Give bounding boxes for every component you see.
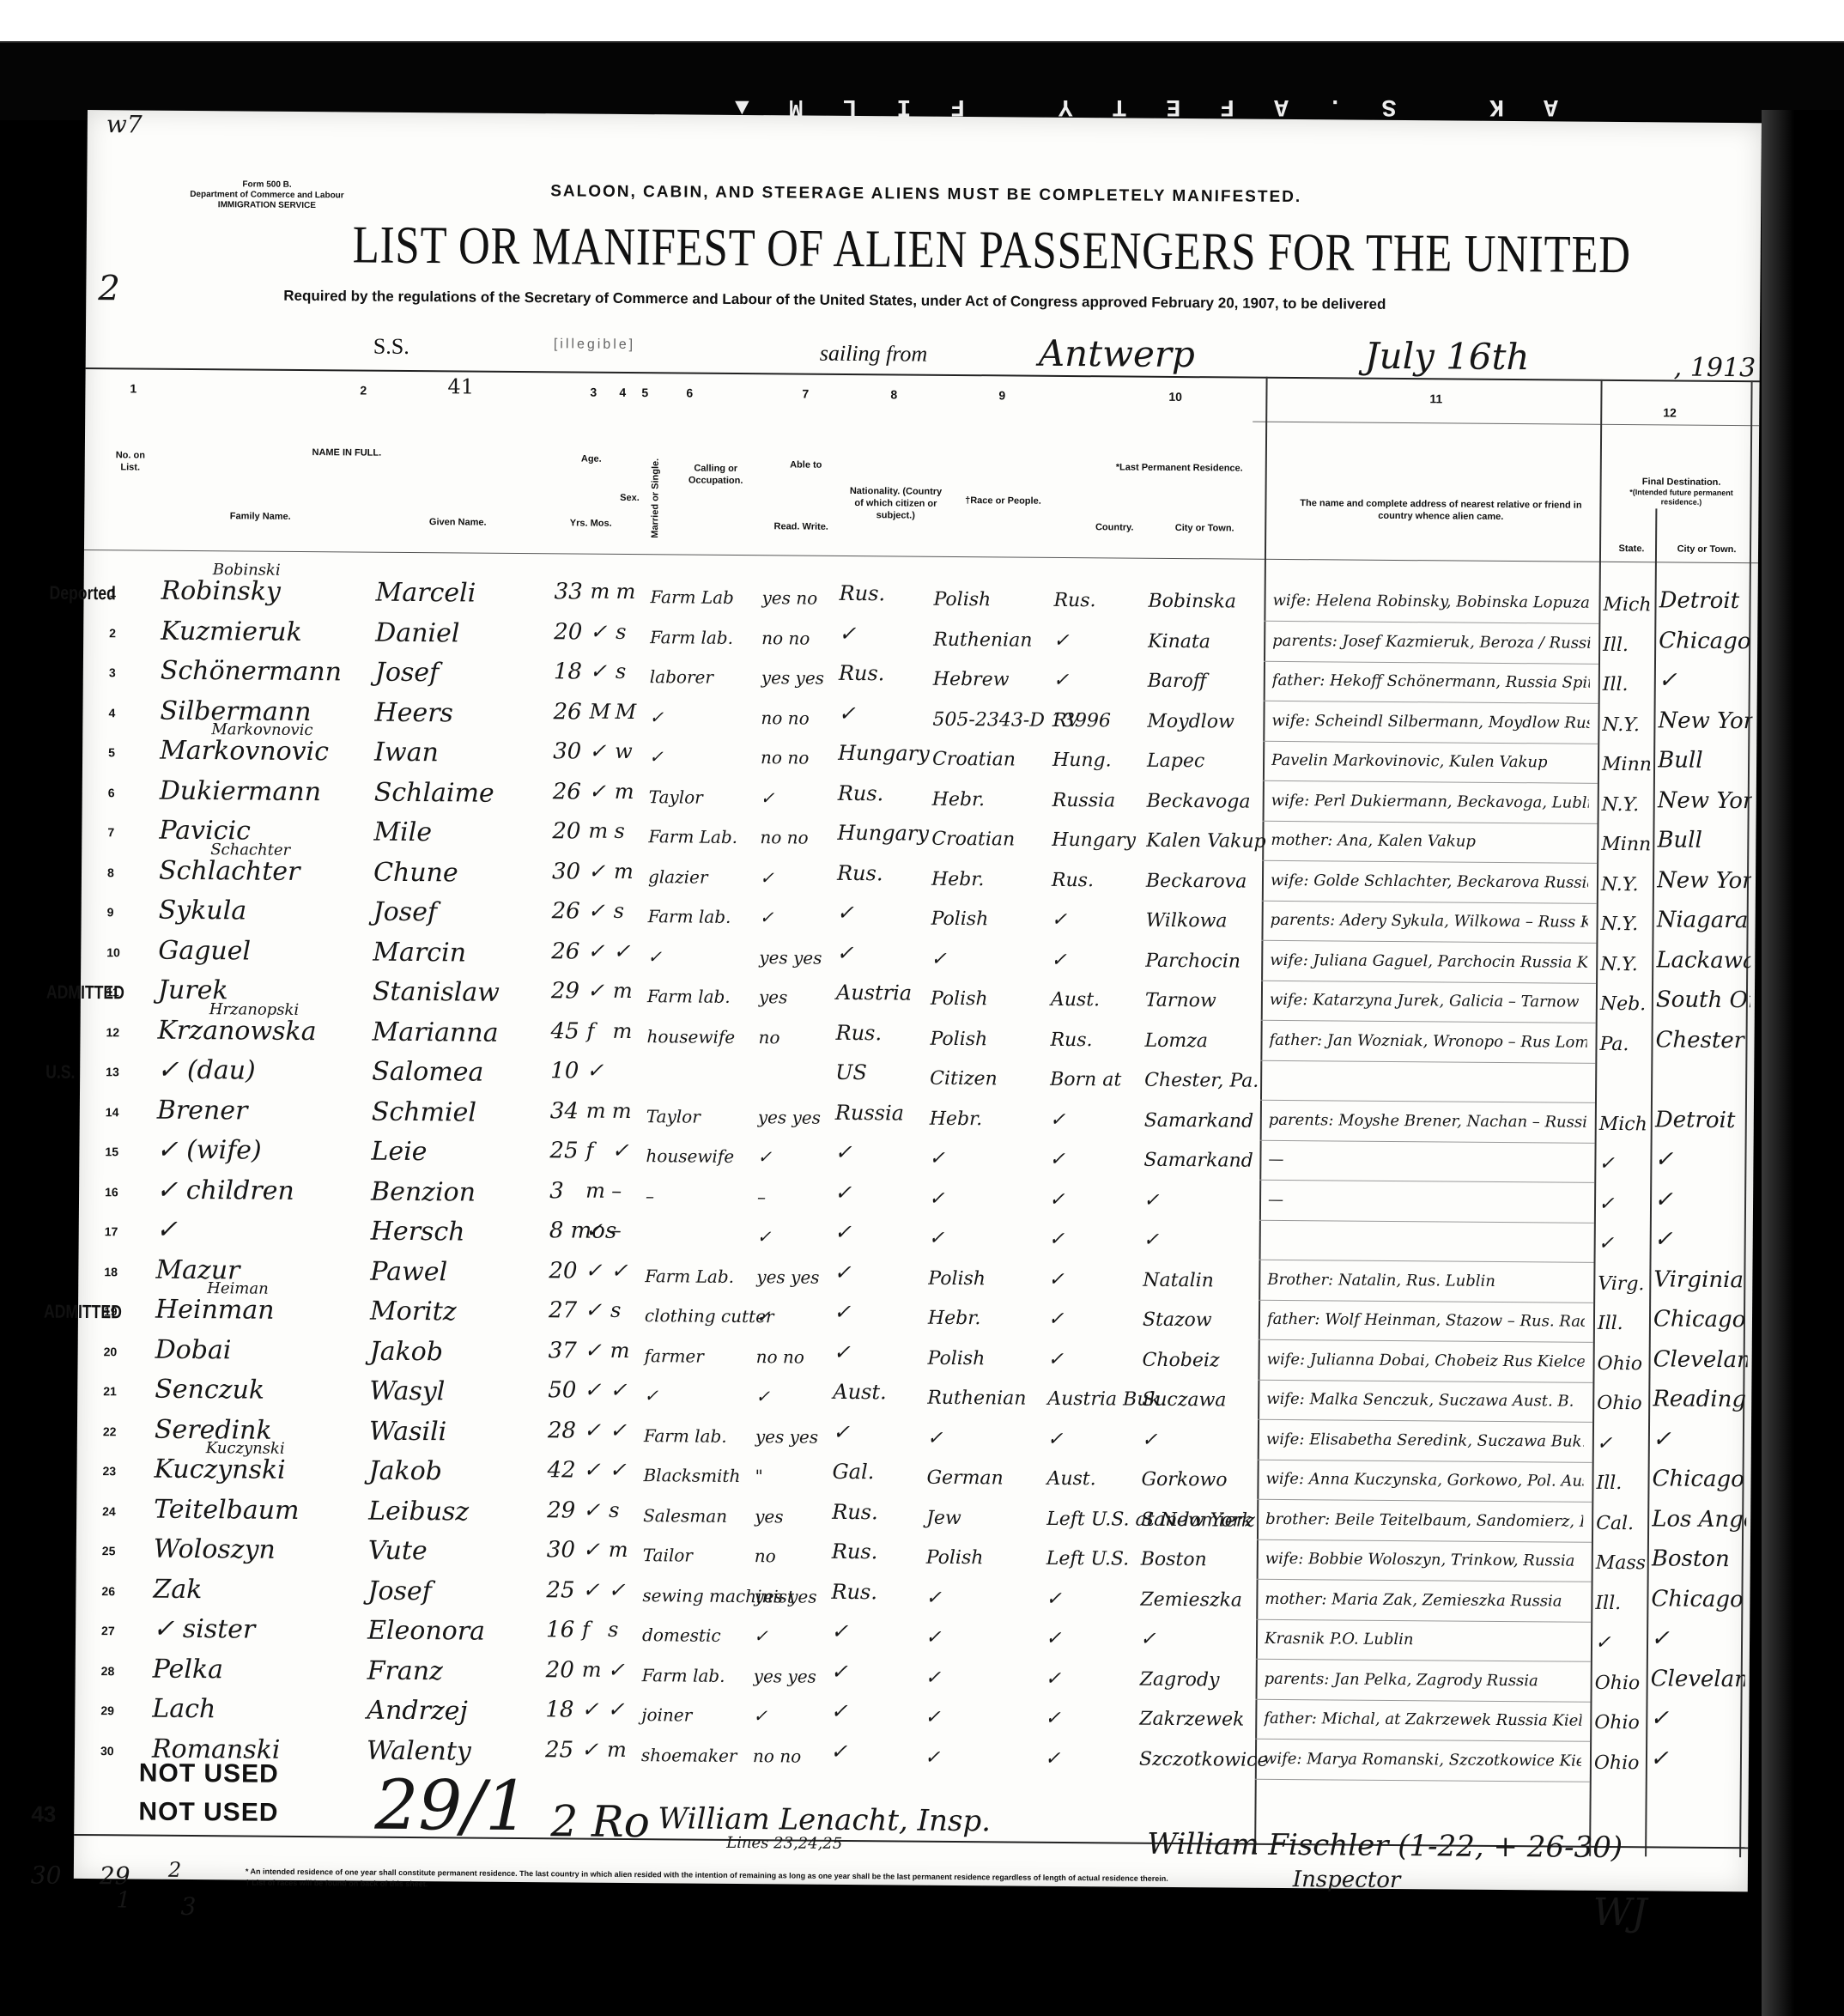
row-number: 30 bbox=[100, 1744, 114, 1758]
header-race: †Race or People. bbox=[951, 495, 1054, 507]
cell-state: Ohio bbox=[1597, 1352, 1642, 1374]
status-stamp: Deported bbox=[49, 582, 115, 605]
cell-sex: ✓ bbox=[581, 1737, 598, 1761]
cell-ms: m bbox=[612, 1018, 632, 1042]
cell-relative: brother: Beile Teitelbaum, Sandomierz, R… bbox=[1265, 1509, 1583, 1530]
cell-sex: ✓ bbox=[583, 1538, 600, 1562]
cell-rw: ✓ bbox=[753, 1705, 767, 1726]
cell-family: ✓ bbox=[156, 1215, 178, 1245]
cell-nat: Gal. bbox=[832, 1460, 874, 1484]
cell-age: 45 bbox=[550, 1018, 579, 1044]
cell-given: Benzion bbox=[371, 1176, 476, 1207]
ro-annotation: 2 Ro bbox=[550, 1796, 650, 1847]
cell-city: Baroff bbox=[1148, 671, 1207, 693]
cell-age: 10 bbox=[550, 1058, 579, 1084]
cell-state: Mich bbox=[1599, 1113, 1647, 1134]
cell-ms: ✓ bbox=[608, 1577, 625, 1601]
col-num-10: 10 bbox=[1168, 390, 1182, 404]
cell-ms: s bbox=[608, 1618, 619, 1642]
cell-given: Josef bbox=[367, 1576, 432, 1606]
cell-rw: no no bbox=[761, 628, 810, 648]
cell-family: Schlachter bbox=[159, 855, 300, 886]
cell-rw: yes yes bbox=[756, 1266, 819, 1288]
cell-rw: no no bbox=[761, 747, 809, 768]
cell-relative: wife: Golde Schlachter, Beckarova Russia bbox=[1271, 871, 1588, 891]
sheet-number: 43 bbox=[31, 1801, 56, 1828]
row-number: 25 bbox=[102, 1544, 116, 1558]
header-dest-city: City or Town. bbox=[1664, 543, 1750, 556]
cell-age: 25 bbox=[546, 1577, 574, 1603]
cell-ms: ✓ bbox=[607, 1697, 624, 1721]
cell-city: Tarnow bbox=[1145, 990, 1216, 1012]
cell-given: Marcin bbox=[373, 937, 466, 968]
cell-occ: Farm Lab bbox=[650, 586, 734, 608]
cell-country: Aust. bbox=[1051, 989, 1100, 1011]
side-annotation: 2 bbox=[98, 269, 120, 308]
cell-state: ✓ bbox=[1598, 1233, 1615, 1254]
cell-rw: yes no bbox=[761, 587, 817, 609]
microfilm-edge: AK S.AFETY FILM▲ bbox=[0, 43, 1844, 120]
page-title: LIST OR MANIFEST OF ALIEN PASSENGERS FOR… bbox=[352, 215, 1631, 286]
cell-age: 30 bbox=[552, 859, 580, 884]
cell-race: Polish bbox=[931, 908, 989, 931]
cell-occ: Farm lab. bbox=[647, 986, 731, 1007]
cell-city: Natalin bbox=[1143, 1269, 1214, 1291]
cell-state: Ohio bbox=[1597, 1393, 1642, 1414]
cell-city: Bobinska bbox=[1148, 591, 1236, 613]
cell-ms: m bbox=[609, 1538, 628, 1562]
cell-ms: s bbox=[616, 659, 627, 683]
cell-dest: Chicago bbox=[1659, 628, 1751, 654]
cell-city: Samarkand bbox=[1143, 1150, 1253, 1172]
row-rule bbox=[1255, 1778, 1590, 1782]
cell-state: ✓ bbox=[1595, 1632, 1611, 1654]
cell-country: Hung. bbox=[1052, 750, 1112, 772]
cell-occ: laborer bbox=[650, 666, 713, 688]
cell-occ: farmer bbox=[645, 1345, 704, 1367]
row-number: 15 bbox=[105, 1145, 118, 1158]
header-married-single: Married or Single. bbox=[649, 451, 662, 545]
cell-rw: " bbox=[755, 1466, 762, 1486]
cell-dest: New York bbox=[1658, 707, 1752, 734]
row-number: 27 bbox=[101, 1624, 115, 1637]
cell-country: ✓ bbox=[1049, 1229, 1065, 1250]
cell-city: ✓ bbox=[1142, 1429, 1158, 1450]
cell-city: Zemieszka bbox=[1140, 1588, 1242, 1611]
cell-given: Chune bbox=[373, 857, 458, 888]
cell-dest: New York bbox=[1658, 787, 1752, 814]
cell-rw: – bbox=[757, 1187, 766, 1207]
cell-city: Beckavoga bbox=[1147, 790, 1251, 812]
row-number: 3 bbox=[109, 665, 116, 679]
cell-sex: ✓ bbox=[587, 979, 604, 1003]
cell-occ: glazier bbox=[648, 866, 708, 888]
cell-nat: Rus. bbox=[832, 1539, 878, 1564]
row-number: 17 bbox=[105, 1224, 118, 1238]
cell-rw: yes yes bbox=[761, 667, 824, 689]
cell-sex: ✓ bbox=[587, 938, 604, 962]
cell-city: ✓ bbox=[1140, 1629, 1156, 1650]
cell-city: Chester, Pa. bbox=[1144, 1070, 1259, 1092]
cell-nat: ✓ bbox=[838, 701, 855, 725]
cell-ms: ✓ bbox=[609, 1458, 626, 1482]
cell-country: Rus. bbox=[1052, 869, 1094, 890]
cell-dest: Detroit bbox=[1655, 1107, 1736, 1133]
cell-dest: Bull bbox=[1657, 827, 1702, 853]
cell-relative: wife: Helena Robinsky, Bobinska Lopuza bbox=[1272, 592, 1590, 612]
cell-age: 42 bbox=[547, 1457, 575, 1483]
cell-race: Ruthenian bbox=[933, 628, 1032, 651]
row-number: 29 bbox=[100, 1703, 114, 1717]
header-nationality: Nationality. (Country of which citizen o… bbox=[844, 485, 947, 522]
cell-state: Ill. bbox=[1595, 1592, 1621, 1613]
cell-rw: ✓ bbox=[761, 787, 775, 808]
cell-dest: ✓ bbox=[1654, 1187, 1673, 1212]
cell-country: ✓ bbox=[1048, 1309, 1065, 1330]
cell-sex: m bbox=[586, 1098, 606, 1122]
cell-ms: s bbox=[614, 819, 625, 843]
cell-state: Pa. bbox=[1599, 1033, 1629, 1054]
sailing-label: sailing from bbox=[820, 341, 928, 367]
col-num-11: 11 bbox=[1429, 392, 1442, 405]
cell-given: Jakob bbox=[370, 1336, 444, 1367]
cell-relative: wife: Marya Romanski, Szczotkowice Kielc… bbox=[1264, 1749, 1581, 1770]
cell-nat: Rus. bbox=[832, 1499, 878, 1523]
cell-occ: Farm lab. bbox=[648, 906, 731, 927]
cell-sex: ✓ bbox=[581, 1697, 598, 1721]
cell-race: Polish bbox=[930, 1028, 987, 1050]
cell-rw: ✓ bbox=[760, 907, 774, 927]
row-number: 23 bbox=[102, 1464, 116, 1478]
cell-nat: Hungary bbox=[837, 821, 929, 846]
cell-nat: Austria bbox=[836, 981, 912, 1005]
cell-rw: no no bbox=[761, 707, 809, 728]
cell-ms: M bbox=[615, 699, 636, 723]
cell-sex: ✓ bbox=[585, 1258, 602, 1282]
cell-sex: ✓ bbox=[588, 899, 605, 923]
cell-given: Franz bbox=[367, 1655, 443, 1686]
cell-race: Hebr. bbox=[931, 868, 985, 890]
row-number: 13 bbox=[106, 1065, 119, 1078]
cell-relative: Pavelin Markovinovic, Kulen Vakup bbox=[1271, 751, 1548, 772]
cell-dest: Virginia bbox=[1653, 1266, 1744, 1293]
cell-rw: yes bbox=[759, 987, 788, 1007]
cell-race: Polish bbox=[928, 1347, 986, 1369]
cell-country: ✓ bbox=[1046, 1667, 1062, 1689]
cell-race: Polish bbox=[931, 988, 988, 1011]
cell-age: 50 bbox=[548, 1377, 576, 1403]
row-number: 18 bbox=[104, 1265, 118, 1278]
year-prefix: , 19 bbox=[1674, 353, 1724, 383]
cell-rw: ✓ bbox=[754, 1625, 768, 1646]
cell-state: Virg. bbox=[1598, 1272, 1644, 1294]
cell-family: Zak bbox=[153, 1574, 202, 1604]
cell-dest: Lackawanna bbox=[1656, 947, 1750, 974]
cell-dest: South Omaha bbox=[1656, 987, 1750, 1013]
col-num-8: 8 bbox=[890, 387, 897, 401]
cell-race: Hebr. bbox=[928, 1308, 981, 1329]
cell-relative: — bbox=[1268, 1151, 1283, 1169]
cell-relative: Krasnik P.O. Lublin bbox=[1265, 1630, 1414, 1649]
header-yrs-mos: Yrs. Mos. bbox=[561, 517, 621, 530]
departure-port: Antwerp bbox=[1039, 332, 1195, 375]
col-num-1: 1 bbox=[130, 381, 136, 395]
cell-age: 18 bbox=[554, 659, 582, 684]
cell-age: 20 bbox=[546, 1657, 574, 1683]
cell-dest: ✓ bbox=[1654, 1226, 1673, 1252]
row-number: 20 bbox=[104, 1345, 118, 1358]
header-calling: Calling or Occupation. bbox=[677, 462, 755, 487]
cell-sex: f bbox=[586, 1018, 594, 1042]
cell-sex: ✓ bbox=[590, 619, 607, 643]
cell-rw: no bbox=[755, 1545, 776, 1566]
initials: WJ bbox=[1592, 1891, 1647, 1934]
cell-country: Born at bbox=[1050, 1069, 1121, 1091]
cell-given: Marianna bbox=[372, 1017, 498, 1047]
cell-given: Leibusz bbox=[368, 1496, 469, 1527]
tally-other: 3 bbox=[180, 1892, 196, 1921]
cell-sex: ✓ bbox=[590, 659, 607, 683]
year-suffix: 13 bbox=[1723, 353, 1756, 383]
cell-state: ✓ bbox=[1597, 1432, 1613, 1454]
row-number: 2 bbox=[109, 626, 116, 640]
cell-family: Lach bbox=[152, 1694, 215, 1725]
cell-country: Rus. bbox=[1053, 590, 1095, 611]
cell-state: N.Y. bbox=[1601, 914, 1639, 935]
cell-country: Russia bbox=[1052, 789, 1116, 811]
cell-state: Ill. bbox=[1603, 634, 1629, 655]
cell-state: ✓ bbox=[1598, 1153, 1615, 1175]
row-number: 21 bbox=[103, 1384, 117, 1398]
cell-country: Rus. bbox=[1050, 1029, 1092, 1050]
cell-race: ✓ bbox=[925, 1667, 942, 1688]
cell-city: Moydlow bbox=[1147, 710, 1234, 732]
cell-age: 20 bbox=[552, 818, 580, 844]
cell-race: ✓ bbox=[929, 1187, 945, 1209]
cell-sex: ✓ bbox=[582, 1577, 599, 1601]
cell-relative: parents: Josef Kazmieruk, Beroza / Russi… bbox=[1272, 631, 1590, 652]
cell-country: ✓ bbox=[1053, 670, 1070, 691]
row-number: 28 bbox=[101, 1664, 115, 1678]
cell-race: Citizen bbox=[930, 1068, 998, 1090]
cell-age: 25 bbox=[549, 1138, 578, 1163]
header-family-name: Family Name. bbox=[209, 510, 312, 523]
cell-age: 20 bbox=[554, 619, 582, 645]
header-rule-bottom bbox=[84, 550, 1758, 563]
cell-ms: m bbox=[616, 580, 636, 604]
cell-city: Lapec bbox=[1147, 750, 1204, 773]
cell-occ: domestic bbox=[642, 1624, 721, 1646]
scan-right-shadow bbox=[1762, 110, 1844, 2016]
cell-age: 26 bbox=[551, 938, 579, 964]
cell-rw: no no bbox=[753, 1746, 801, 1766]
header-age: Age. bbox=[566, 452, 617, 465]
cell-relative: wife: Katarzyna Jurek, Galicia – Tarnow bbox=[1270, 991, 1580, 1011]
cell-age: 20 bbox=[549, 1258, 577, 1284]
cell-race: Jew bbox=[926, 1507, 961, 1528]
cell-country: RV bbox=[1052, 709, 1080, 731]
cell-sex: ✓ bbox=[585, 1338, 602, 1362]
row-number: 16 bbox=[105, 1185, 118, 1199]
inspector-left-lines: Lines 23,24,25 bbox=[726, 1834, 842, 1853]
col-num-3: 3 bbox=[590, 386, 597, 399]
cell-dest: Chicago bbox=[1651, 1586, 1744, 1612]
cell-ms: m bbox=[610, 1338, 630, 1362]
not-used-stamp: NOT USED bbox=[139, 1759, 279, 1789]
cell-state: Ill. bbox=[1603, 674, 1629, 695]
cell-occ: housewife bbox=[646, 1026, 735, 1047]
cell-age: 37 bbox=[549, 1338, 577, 1363]
cell-dest: ✓ bbox=[1659, 667, 1677, 693]
cell-dest: ✓ bbox=[1650, 1705, 1669, 1731]
cell-state: Ohio bbox=[1594, 1752, 1640, 1773]
cell-age: 30 bbox=[547, 1537, 575, 1563]
cell-occ: Taylor bbox=[646, 1106, 701, 1126]
service: IMMIGRATION SERVICE bbox=[190, 200, 344, 211]
cell-family: ✓ (dau) bbox=[157, 1055, 256, 1086]
cell-age: 30 bbox=[553, 738, 581, 764]
cell-city: Parchocin bbox=[1145, 950, 1240, 972]
cell-ms: ✓ bbox=[608, 1657, 625, 1681]
status-stamp: U.S. bbox=[45, 1061, 75, 1084]
cell-nat: ✓ bbox=[834, 1300, 851, 1324]
cell-sex: ✓ bbox=[589, 739, 606, 763]
cell-relative: father: Wolf Heinman, Stazow – Rus. Rado… bbox=[1267, 1310, 1585, 1331]
cell-relative: wife: Juliana Gaguel, Parchocin Russia K… bbox=[1270, 950, 1587, 971]
cell-relative: father: Jan Wozniak, Wronopo – Rus Lomza bbox=[1269, 1030, 1586, 1051]
cell-ms: m bbox=[607, 1737, 627, 1761]
departure-date: July 16th bbox=[1365, 335, 1530, 379]
status-stamp: ADMITTED bbox=[46, 981, 124, 1005]
cell-state: N.Y. bbox=[1601, 873, 1639, 895]
cell-age: 18 bbox=[545, 1697, 573, 1722]
cell-given: Wasyl bbox=[369, 1376, 445, 1407]
cell-country: ✓ bbox=[1046, 1628, 1062, 1649]
cell-country: Left U.S. bbox=[1046, 1548, 1130, 1570]
cell-occ: ✓ bbox=[649, 746, 664, 767]
cell-family: ✓ sister bbox=[153, 1614, 255, 1645]
cell-rw: yes yes bbox=[754, 1586, 816, 1607]
cell-dest: Detroit bbox=[1659, 587, 1739, 614]
cell-city: Chobeiz bbox=[1143, 1349, 1220, 1371]
cell-occ: Farm lab. bbox=[642, 1665, 725, 1686]
row-number: 6 bbox=[108, 786, 115, 799]
cell-race: Polish bbox=[933, 589, 991, 611]
cell-state: Mich bbox=[1603, 594, 1651, 616]
cell-country: ✓ bbox=[1049, 1149, 1065, 1170]
cell-family: Dukiermann bbox=[160, 775, 321, 806]
cell-state: Cal. bbox=[1596, 1512, 1634, 1533]
cell-dest: Bull bbox=[1658, 747, 1703, 773]
cell-relative: wife: Scheindl Silbermann, Moydlow Russi… bbox=[1271, 711, 1589, 732]
cell-race: ✓ bbox=[925, 1587, 942, 1608]
cell-age: 34 bbox=[550, 1098, 579, 1124]
cell-country: Hungary bbox=[1052, 829, 1136, 852]
cell-country: ✓ bbox=[1048, 1268, 1065, 1290]
cell-race: ✓ bbox=[931, 948, 947, 969]
cell-state: Minn bbox=[1602, 754, 1652, 775]
cell-ms: m bbox=[612, 1098, 632, 1122]
cell-nat: ✓ bbox=[831, 1659, 848, 1683]
cell-city: ✓ bbox=[1143, 1230, 1160, 1251]
cell-city: Gorkowo bbox=[1141, 1469, 1227, 1491]
header-name-in-full: NAME IN FULL. bbox=[295, 446, 398, 459]
cell-given: Moritz bbox=[370, 1296, 457, 1327]
cell-sex: ✓ bbox=[586, 1059, 604, 1083]
cell-city: Zakrzewek bbox=[1139, 1709, 1244, 1731]
inspector-signature-right: William Fischler (1-22, + 26-30) bbox=[1147, 1827, 1623, 1865]
cell-given: Jakob bbox=[368, 1456, 442, 1487]
cell-family: Teitelbaum bbox=[154, 1494, 300, 1525]
cell-occ: Tailor bbox=[643, 1545, 693, 1565]
inspector-signature-left: William Lenacht, Insp. bbox=[658, 1801, 991, 1838]
cell-nat: Rus. bbox=[831, 1579, 877, 1603]
header-final-destination-note: *(Intended future permanent residence.) bbox=[1608, 488, 1754, 507]
cell-dest: Cleveland bbox=[1651, 1666, 1745, 1692]
cell-sex: ✓ bbox=[589, 779, 606, 803]
cell-ms: ✓ bbox=[610, 1258, 628, 1282]
cell-ms: s bbox=[609, 1497, 620, 1521]
cell-given: Schlaime bbox=[374, 777, 494, 808]
cell-race: 505-2343-D 13996 bbox=[932, 708, 1111, 732]
cell-ms: ✓ bbox=[610, 1418, 627, 1442]
cell-ms: m bbox=[613, 979, 633, 1003]
cell-rw: yes bbox=[755, 1506, 784, 1527]
cell-state: Mass bbox=[1596, 1552, 1646, 1574]
cell-family: Krzanowska bbox=[157, 1015, 316, 1046]
header-final-destination: Final Destination. bbox=[1609, 476, 1755, 489]
cell-nat: ✓ bbox=[839, 621, 856, 645]
cell-given: Eleonora bbox=[367, 1616, 485, 1647]
cell-family: Kuczynski bbox=[154, 1454, 285, 1485]
cell-occ: ✓ bbox=[647, 946, 662, 967]
tally-alien: 29 bbox=[100, 1861, 130, 1890]
cell-rw: no no bbox=[756, 1346, 804, 1367]
cell-sex: ✓ bbox=[588, 859, 605, 883]
header-rule-sub bbox=[1253, 422, 1759, 427]
inspector-title: Inspector bbox=[1293, 1867, 1401, 1893]
cell-relative: wife: Julianna Dobai, Chobeiz Rus Kielce bbox=[1267, 1350, 1585, 1370]
cell-state: Minn bbox=[1601, 834, 1651, 855]
cell-dest: New York bbox=[1657, 867, 1751, 894]
tally-cabin: 1 bbox=[117, 1887, 131, 1913]
cell-race: Hebr. bbox=[932, 788, 986, 810]
department: Department of Commerce and Labour bbox=[190, 190, 344, 201]
cell-race: Hebr. bbox=[930, 1108, 983, 1129]
cell-dest: ✓ bbox=[1650, 1746, 1669, 1771]
cell-race: Hebrew bbox=[933, 669, 1010, 691]
cell-race: ✓ bbox=[929, 1228, 945, 1249]
cell-given: Iwan bbox=[374, 738, 439, 768]
row-number: 12 bbox=[106, 1025, 120, 1039]
header-able-to: Able to bbox=[772, 458, 840, 471]
cell-state: Ill. bbox=[1598, 1313, 1623, 1334]
cell-dest: ✓ bbox=[1651, 1625, 1670, 1651]
cell-rw: yes yes bbox=[755, 1426, 818, 1448]
cell-given: Marceli bbox=[375, 578, 476, 609]
col-num-5: 5 bbox=[641, 386, 648, 399]
cell-relative: mother: Ana, Kalen Vakup bbox=[1271, 831, 1476, 851]
header-city-town: City or Town. bbox=[1157, 522, 1252, 535]
cell-occ: Salesman bbox=[643, 1505, 727, 1527]
cell-state: Ohio bbox=[1595, 1672, 1641, 1693]
cell-nat: US bbox=[835, 1060, 867, 1084]
cell-ms: m bbox=[614, 859, 634, 883]
cell-relative: wife: Anna Kuczynska, Gorkowo, Pol. Aust… bbox=[1265, 1470, 1583, 1491]
cell-state: ✓ bbox=[1598, 1193, 1615, 1214]
row-number: 8 bbox=[107, 865, 114, 879]
cell-dest: Chicago bbox=[1652, 1466, 1744, 1492]
